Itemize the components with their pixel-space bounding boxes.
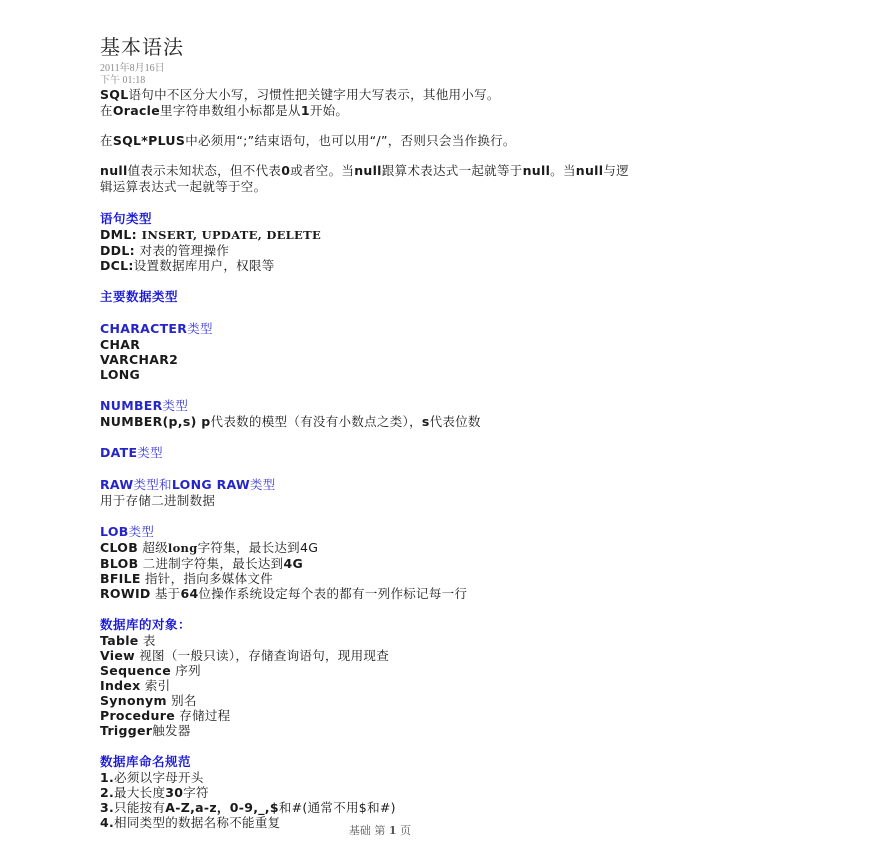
label: RAW: [100, 477, 133, 492]
null-keyword: null: [354, 163, 382, 178]
label: Trigger: [100, 723, 152, 738]
oracle-keyword: Oracle: [113, 103, 160, 118]
heading-character-type: CHARACTER类型: [100, 321, 800, 337]
number: 1: [301, 103, 310, 118]
text: 必须以字母开头: [114, 770, 204, 785]
blob-line: BLOB 二进制字符集，最长达到4G: [100, 556, 800, 571]
label: 类型: [137, 445, 163, 460]
db-object-item: Trigger触发器: [100, 723, 800, 738]
label: Table: [100, 633, 139, 648]
null-keyword: null: [100, 163, 128, 178]
text: 跟算术表达式一起就等于: [382, 163, 523, 178]
text: 指针，指向多媒体文件: [141, 571, 273, 586]
db-object-item: Table 表: [100, 633, 800, 648]
label: BFILE: [100, 571, 141, 586]
dcl-line: DCL:设置数据库用户，权限等: [100, 258, 800, 273]
label: DCL:: [100, 258, 134, 273]
text: 和#(通常不用$和#): [279, 800, 396, 815]
text: 最大长度: [114, 785, 165, 800]
db-object-item: Sequence 序列: [100, 663, 800, 678]
intro-index-line: 在Oracle里字符串数组小标都是从1开始。: [100, 103, 800, 119]
label: Synonym: [100, 693, 167, 708]
heading-raw-type: RAW类型和LONG RAW类型: [100, 477, 800, 493]
label: DATE: [100, 445, 137, 460]
value: VARCHAR2: [100, 352, 178, 367]
intro-case-line: SQL语句中不区分大小写，习惯性把关键字用大写表示，其他用小写。: [100, 87, 800, 103]
varchar2-item: VARCHAR2: [100, 352, 800, 367]
label: BLOB: [100, 556, 138, 571]
text: A-Z,a-z，0-9,_,$: [165, 800, 279, 815]
label: CLOB: [100, 540, 138, 555]
label: Procedure: [100, 708, 175, 723]
label: View: [100, 648, 135, 663]
text: 中必须用“;”结束语句，也可以用“/”，否则只会当作换行。: [185, 133, 516, 148]
heading-naming-rules: 数据库命名规范: [100, 754, 800, 770]
page-number: 1: [389, 824, 397, 837]
text: 开始。: [310, 103, 348, 118]
label: LOB: [100, 524, 129, 539]
number-desc: NUMBER(p,s) p代表数的模型（有没有小数点之类），s代表位数: [100, 414, 800, 429]
page-footer: 基础 第 1 页: [0, 822, 760, 838]
heading-number-type: NUMBER类型: [100, 398, 800, 414]
text: long: [168, 541, 198, 555]
text: 序列: [171, 663, 201, 678]
value: LONG: [100, 367, 140, 382]
number: 2.: [100, 785, 114, 800]
value: 对表的管理操作: [140, 243, 230, 258]
bfile-line: BFILE 指针，指向多媒体文件: [100, 571, 800, 586]
clob-line: CLOB 超级long字符集，最长达到4G: [100, 540, 800, 556]
label: 类型: [250, 477, 276, 492]
text: 或者空。当: [290, 163, 354, 178]
document-page: 基本语法 2011年8月16日 下午 01:18 SQL语句中不区分大小写，习惯…: [100, 30, 800, 830]
text: 辑运算表达式一起就等于空。: [100, 179, 266, 194]
rowid-line: ROWID 基于64位操作系统设定每个表的都有一列作标记每一行: [100, 586, 800, 601]
text: 字符集，最长达到4G: [198, 540, 319, 555]
text: 值表示未知状态，但不代表: [128, 163, 282, 178]
sqlplus-keyword: SQL*PLUS: [113, 133, 185, 148]
text: 4G: [283, 556, 303, 571]
text: 触发器: [152, 723, 190, 738]
text: 与逻: [603, 163, 629, 178]
text: 代表位数: [430, 414, 481, 429]
label: s: [422, 414, 430, 429]
label: NUMBER: [100, 398, 163, 413]
text: 二进制字符集，最长达到: [138, 556, 283, 571]
label: Sequence: [100, 663, 171, 678]
sqlplus-line: 在SQL*PLUS中必须用“;”结束语句，也可以用“/”，否则只会当作换行。: [100, 133, 800, 149]
number: 3.: [100, 800, 114, 815]
label: 类型和: [133, 477, 171, 492]
value: CHAR: [100, 337, 140, 352]
label: 类型: [129, 524, 155, 539]
text: 基于: [151, 586, 181, 601]
text: 别名: [167, 693, 197, 708]
null-keyword: null: [576, 163, 604, 178]
dml-line: DML: INSERT, UPDATE, DELETE: [100, 227, 800, 243]
db-object-item: Synonym 别名: [100, 693, 800, 708]
text: 超级: [138, 540, 168, 555]
page-title: 基本语法: [100, 34, 800, 60]
footer-suffix: 页: [400, 824, 411, 837]
label: DDL:: [100, 243, 140, 258]
text: 64: [180, 586, 198, 601]
label: NUMBER(p,s) p: [100, 414, 211, 429]
footer-section: 基础: [349, 824, 371, 837]
char-item: CHAR: [100, 337, 800, 352]
sql-keyword: SQL: [100, 87, 129, 102]
db-object-item: View 视图（一般只读），存储查询语句，现用现查: [100, 648, 800, 663]
value: INSERT, UPDATE, DELETE: [142, 228, 321, 242]
naming-rule-item: 3.只能按有A-Z,a-z，0-9,_,$和#(通常不用$和#): [100, 800, 800, 815]
raw-desc: 用于存储二进制数据: [100, 493, 800, 508]
label: CHARACTER: [100, 321, 187, 336]
null-keyword: null: [523, 163, 551, 178]
db-object-item: Procedure 存储过程: [100, 708, 800, 723]
number: 1.: [100, 770, 114, 785]
heading-db-objects: 数据库的对象：: [100, 617, 800, 633]
ddl-line: DDL: 对表的管理操作: [100, 243, 800, 258]
naming-rule-item: 1.必须以字母开头: [100, 770, 800, 785]
text: 表: [139, 633, 156, 648]
long-item: LONG: [100, 367, 800, 382]
label: DML:: [100, 227, 142, 242]
text: 位操作系统设定每个表的都有一列作标记每一行: [198, 586, 467, 601]
text: 。当: [550, 163, 576, 178]
db-object-item: Index 索引: [100, 678, 800, 693]
naming-rule-item: 2.最大长度30字符: [100, 785, 800, 800]
null-paragraph: null值表示未知状态，但不代表0或者空。当null跟算术表达式一起就等于nul…: [100, 163, 800, 195]
text: 在: [100, 103, 113, 118]
text: 在: [100, 133, 113, 148]
number: 0: [281, 163, 290, 178]
heading-lob-type: LOB类型: [100, 524, 800, 540]
text: 索引: [141, 678, 171, 693]
label: 类型: [187, 321, 213, 336]
page-date: 2011年8月16日: [100, 63, 800, 75]
footer-prefix: 第: [374, 824, 385, 837]
text: 存储过程: [175, 708, 230, 723]
text: 视图（一般只读），存储查询语句，现用现查: [135, 648, 389, 663]
label: ROWID: [100, 586, 151, 601]
heading-data-types: 主要数据类型: [100, 289, 800, 305]
text: 只能按有: [114, 800, 165, 815]
label: Index: [100, 678, 141, 693]
heading-statement-types: 语句类型: [100, 211, 800, 227]
text: 30: [165, 785, 183, 800]
intro-text: 语句中不区分大小写，习惯性把关键字用大写表示，其他用小写。: [129, 87, 500, 102]
text: 里字符串数组小标都是从: [160, 103, 301, 118]
heading-date-type: DATE类型: [100, 445, 800, 461]
page-time: 下午 01:18: [100, 75, 800, 87]
text: 字符: [183, 785, 209, 800]
text: 代表数的模型（有没有小数点之类），: [211, 414, 422, 429]
value: 设置数据库用户，权限等: [134, 258, 275, 273]
label: 类型: [163, 398, 189, 413]
label: LONG RAW: [172, 477, 250, 492]
